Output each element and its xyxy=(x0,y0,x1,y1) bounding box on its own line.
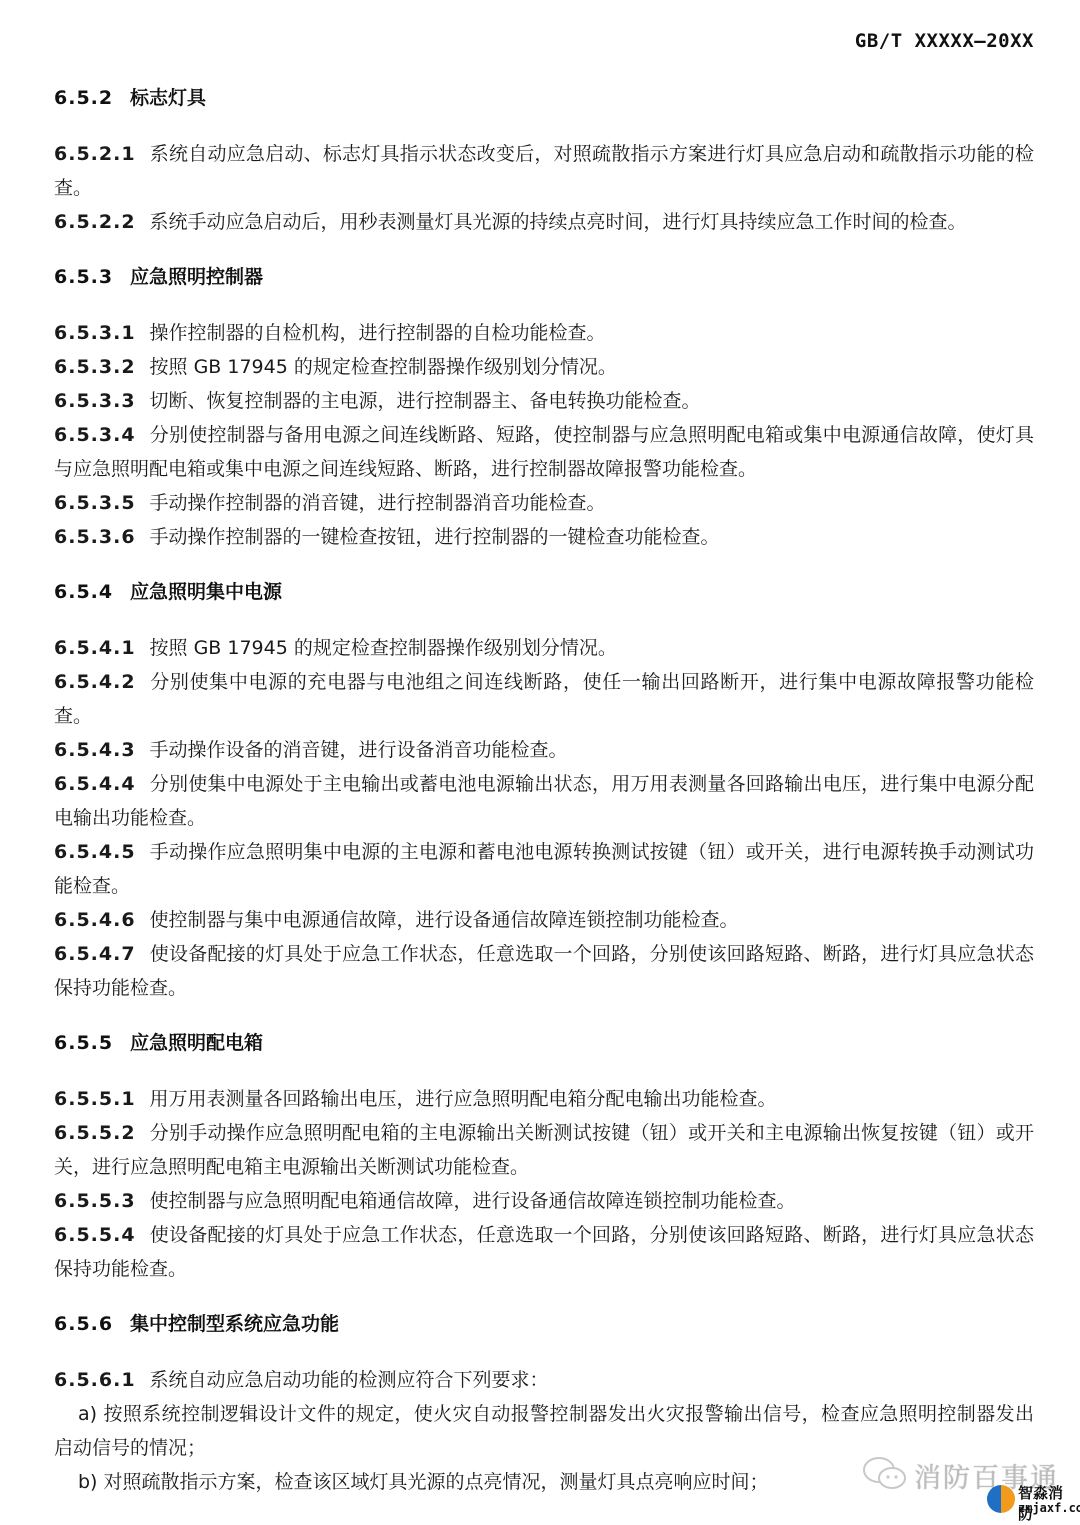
clause: 6.5.4.1按照 GB 17945 的规定检查控制器操作级别划分情况。 xyxy=(54,631,1034,665)
standard-id-header: GB/T XXXXX—20XX xyxy=(855,30,1034,52)
watermark: 消防百事通 智淼消防 zmjaxf.com xyxy=(862,1452,1077,1522)
clause: 6.5.5.4使设备配接的灯具处于应急工作状态，任意选取一个回路，分别使该回路短… xyxy=(54,1218,1034,1286)
section-heading: 6.5.4应急照明集中电源 xyxy=(54,576,1034,608)
section-heading: 6.5.3应急照明控制器 xyxy=(54,261,1034,293)
document-body: 6.5.2标志灯具 6.5.2.1系统自动应急启动、标志灯具指示状态改变后，对照… xyxy=(54,82,1034,1521)
clause: 6.5.5.2分别手动操作应急照明配电箱的主电源输出关断测试按键（钮）或开关和主… xyxy=(54,1116,1034,1184)
section-6-5-5: 6.5.5应急照明配电箱 6.5.5.1用万用表测量各回路输出电压，进行应急照明… xyxy=(54,1027,1034,1286)
section-6-5-4: 6.5.4应急照明集中电源 6.5.4.1按照 GB 17945 的规定检查控制… xyxy=(54,576,1034,1005)
clause: 6.5.4.4分别使集中电源处于主电输出或蓄电池电源输出状态，用万用表测量各回路… xyxy=(54,767,1034,835)
clause: 6.5.4.2分别使集中电源的充电器与电池组之间连线断路，使任一输出回路断开，进… xyxy=(54,665,1034,733)
clause: 6.5.5.3使控制器与应急照明配电箱通信故障，进行设备通信故障连锁控制功能检查… xyxy=(54,1184,1034,1218)
clause: 6.5.3.5手动操作控制器的消音键，进行控制器消音功能检查。 xyxy=(54,486,1034,520)
clause: 6.5.5.1用万用表测量各回路输出电压，进行应急照明配电箱分配电输出功能检查。 xyxy=(54,1082,1034,1116)
section-6-5-3: 6.5.3应急照明控制器 6.5.3.1操作控制器的自检机构，进行控制器的自检功… xyxy=(54,261,1034,554)
clause: 6.5.2.2系统手动应急启动后，用秒表测量灯具光源的持续点亮时间，进行灯具持续… xyxy=(54,205,1034,239)
clause: 6.5.4.6使控制器与集中电源通信故障，进行设备通信故障连锁控制功能检查。 xyxy=(54,903,1034,937)
clause: 6.5.3.2按照 GB 17945 的规定检查控制器操作级别划分情况。 xyxy=(54,350,1034,384)
clause: 6.5.3.1操作控制器的自检机构，进行控制器的自检功能检查。 xyxy=(54,316,1034,350)
clause: 6.5.4.3手动操作设备的消音键，进行设备消音功能检查。 xyxy=(54,733,1034,767)
brand-url: zmjaxf.com xyxy=(1018,1501,1080,1515)
wechat-icon xyxy=(862,1456,908,1492)
clause: 6.5.3.6手动操作控制器的一键检查按钮，进行控制器的一键检查功能检查。 xyxy=(54,520,1034,554)
clause: 6.5.3.4分别使控制器与备用电源之间连线断路、短路，使控制器与应急照明配电箱… xyxy=(54,418,1034,486)
clause: 6.5.4.7使设备配接的灯具处于应急工作状态，任意选取一个回路，分别使该回路短… xyxy=(54,937,1034,1005)
clause: 6.5.2.1系统自动应急启动、标志灯具指示状态改变后，对照疏散指示方案进行灯具… xyxy=(54,137,1034,205)
zm-logo-icon xyxy=(987,1485,1015,1513)
clause: 6.5.3.3切断、恢复控制器的主电源，进行控制器主、备电转换功能检查。 xyxy=(54,384,1034,418)
clause: 6.5.6.1系统自动应急启动功能的检测应符合下列要求： xyxy=(54,1363,1034,1397)
section-heading: 6.5.2标志灯具 xyxy=(54,82,1034,114)
clause: 6.5.4.5手动操作应急照明集中电源的主电源和蓄电池电源转换测试按键（钮）或开… xyxy=(54,835,1034,903)
section-heading: 6.5.5应急照明配电箱 xyxy=(54,1027,1034,1059)
section-heading: 6.5.6集中控制型系统应急功能 xyxy=(54,1308,1034,1340)
section-6-5-2: 6.5.2标志灯具 6.5.2.1系统自动应急启动、标志灯具指示状态改变后，对照… xyxy=(54,82,1034,239)
